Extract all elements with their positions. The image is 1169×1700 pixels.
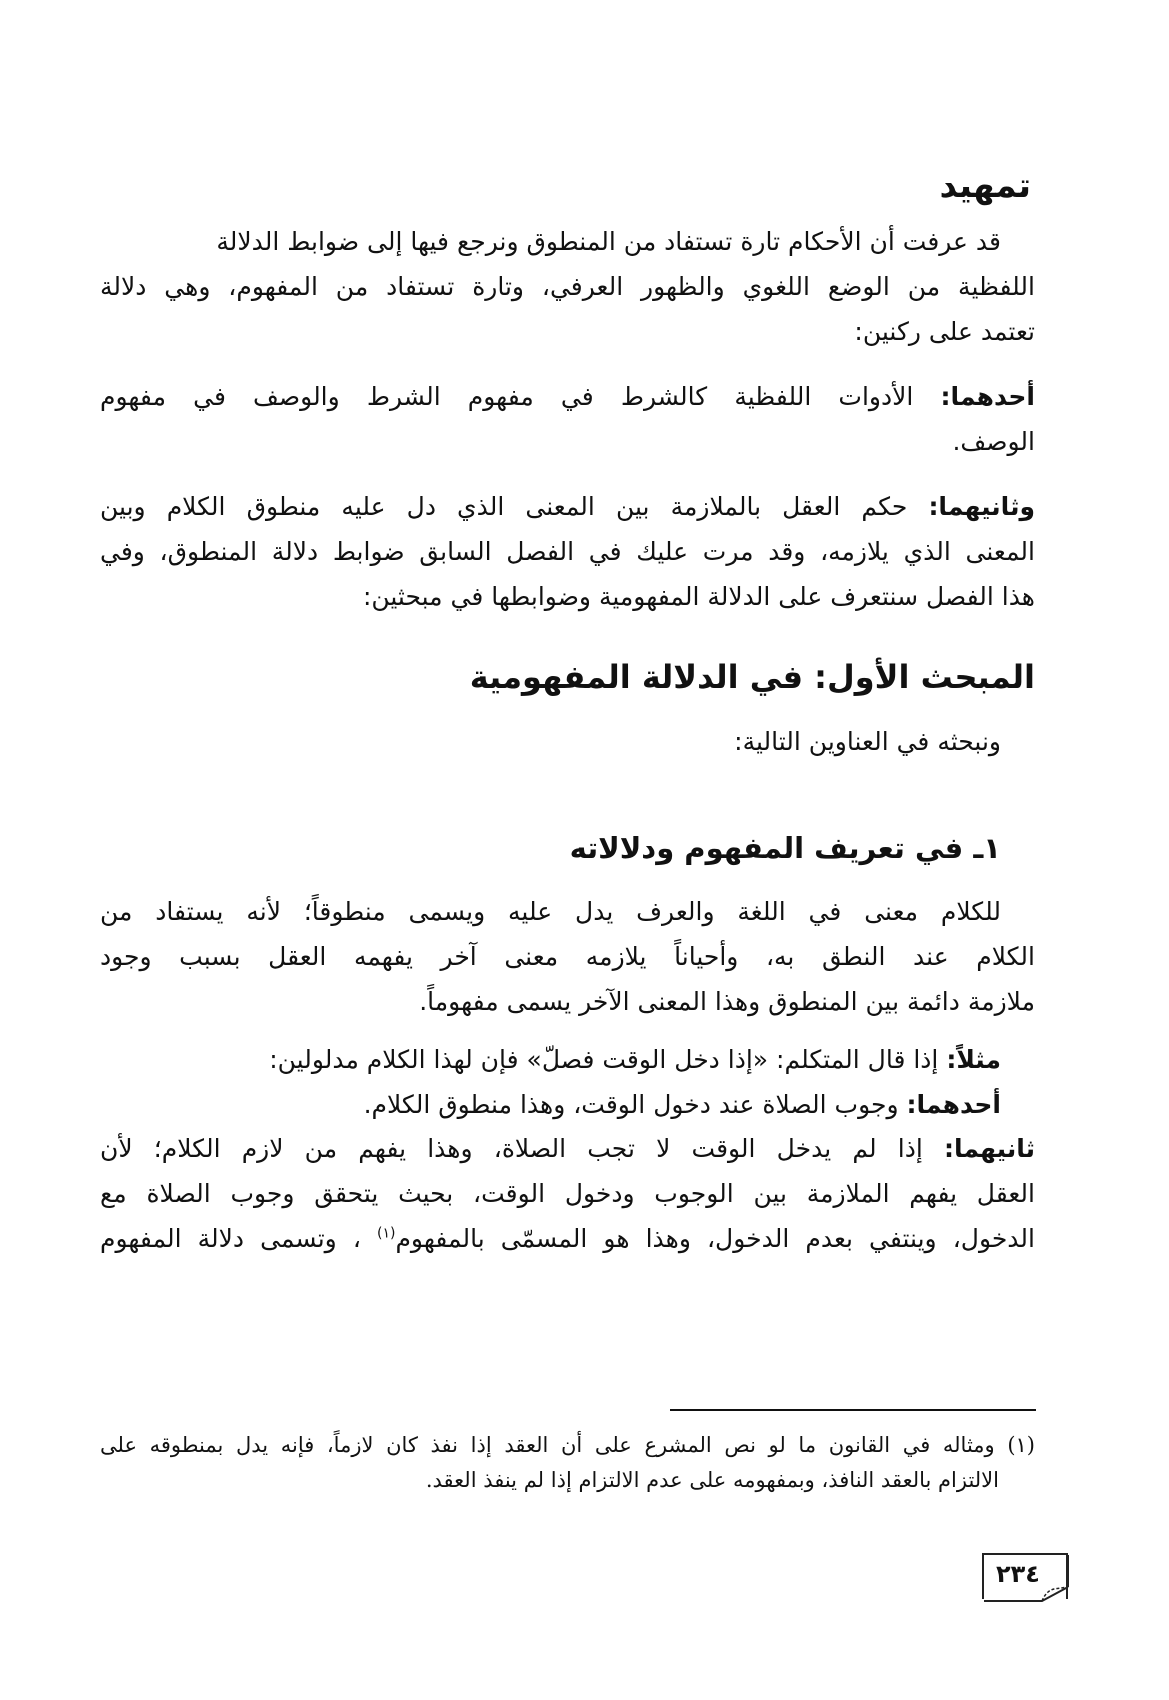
footnote-reference[interactable]: (١) [377,1226,395,1242]
meaning-one-text: وجوب الصلاة عند دخول الوقت، وهذا منطوق ا… [364,1090,907,1119]
section-intro: ونبحثه في العناوين التالية: [734,722,1001,762]
pillar-two-line-2: المعنى الذي يلازمه، وقد مرت عليك في الفص… [100,532,1035,572]
footnote-line-2: الالتزام بالعقد النافذ، وبمفهومه على عدم… [426,1463,999,1497]
intro-line-1: قد عرفت أن الأحكام تارة تستفاد من المنطو… [216,222,1001,262]
meaning-two-line-3-end: ، وتسمى دلالة المفهوم [100,1224,377,1253]
meaning-one-line: أحدهما: وجوب الصلاة عند دخول الوقت، وهذا… [364,1085,1001,1125]
pillar-two-line-1: وثانيهما: حكم العقل بالملازمة بين المعنى… [100,487,1035,527]
pillar-one-text: الأدوات اللفظية كالشرط في مفهوم الشرط وا… [100,382,940,411]
definition-line-3: ملازمة دائمة بين المنطوق وهذا المعنى الآ… [419,982,1035,1022]
meaning-two-label: ثانيهما: [944,1134,1035,1163]
definition-line-1: للكلام معنى في اللغة والعرف يدل عليه ويس… [100,892,1001,932]
meaning-two-line-2: العقل يفهم الملازمة بين الوجوب ودخول الو… [100,1174,1035,1214]
meaning-one-label: أحدهما: [906,1090,1001,1119]
sub-heading: ١ـ في تعريف المفهوم ودلالاته [570,826,1001,870]
pillar-one-line-2: الوصف. [952,422,1035,462]
meaning-two-line-1: ثانيهما: إذا لم يدخل الوقت لا تجب الصلاة… [100,1129,1035,1169]
meaning-two-line-3: الدخول، وينتفي بعدم الدخول، وهذا هو المس… [100,1219,1035,1259]
pillar-two-label: وثانيهما: [928,492,1035,521]
footnote-line-1: (١) ومثاله في القانون ما لو نص المشرع عل… [100,1428,1035,1462]
pillar-two-line-3: هذا الفصل سنتعرف على الدلالة المفهومية و… [363,577,1035,617]
section-heading: المبحث الأول: في الدلالة المفهومية [470,654,1035,700]
intro-line-3: تعتمد على ركنين: [854,312,1035,352]
example-line: مثلاً: إذا قال المتكلم: «إذا دخل الوقت ف… [269,1040,1001,1080]
definition-line-2: الكلام عند النطق به، وأحياناً يلازمه معن… [100,937,1035,977]
page-number: ٢٣٤ [996,1559,1040,1589]
pillar-one-label: أحدهما: [940,382,1035,411]
book-page: تمهيد قد عرفت أن الأحكام تارة تستفاد من … [0,0,1169,1700]
pillar-one-line-1: أحدهما: الأدوات اللفظية كالشرط في مفهوم … [100,377,1035,417]
footnote-separator [670,1409,1036,1411]
meaning-two-line-3-start: الدخول، وينتفي بعدم الدخول، وهذا هو المس… [395,1224,1035,1253]
page-title: تمهيد [939,162,1031,210]
page-number-box: ٢٣٤ [982,1553,1068,1599]
example-text: إذا قال المتكلم: «إذا دخل الوقت فصلّ» فإ… [269,1045,946,1074]
example-label: مثلاً: [946,1045,1001,1074]
pillar-two-text: حكم العقل بالملازمة بين المعنى الذي دل ع… [100,492,928,521]
intro-line-2: اللفظية من الوضع اللغوي والظهور العرفي، … [100,267,1035,307]
meaning-two-text: إذا لم يدخل الوقت لا تجب الصلاة، وهذا يف… [100,1134,944,1163]
